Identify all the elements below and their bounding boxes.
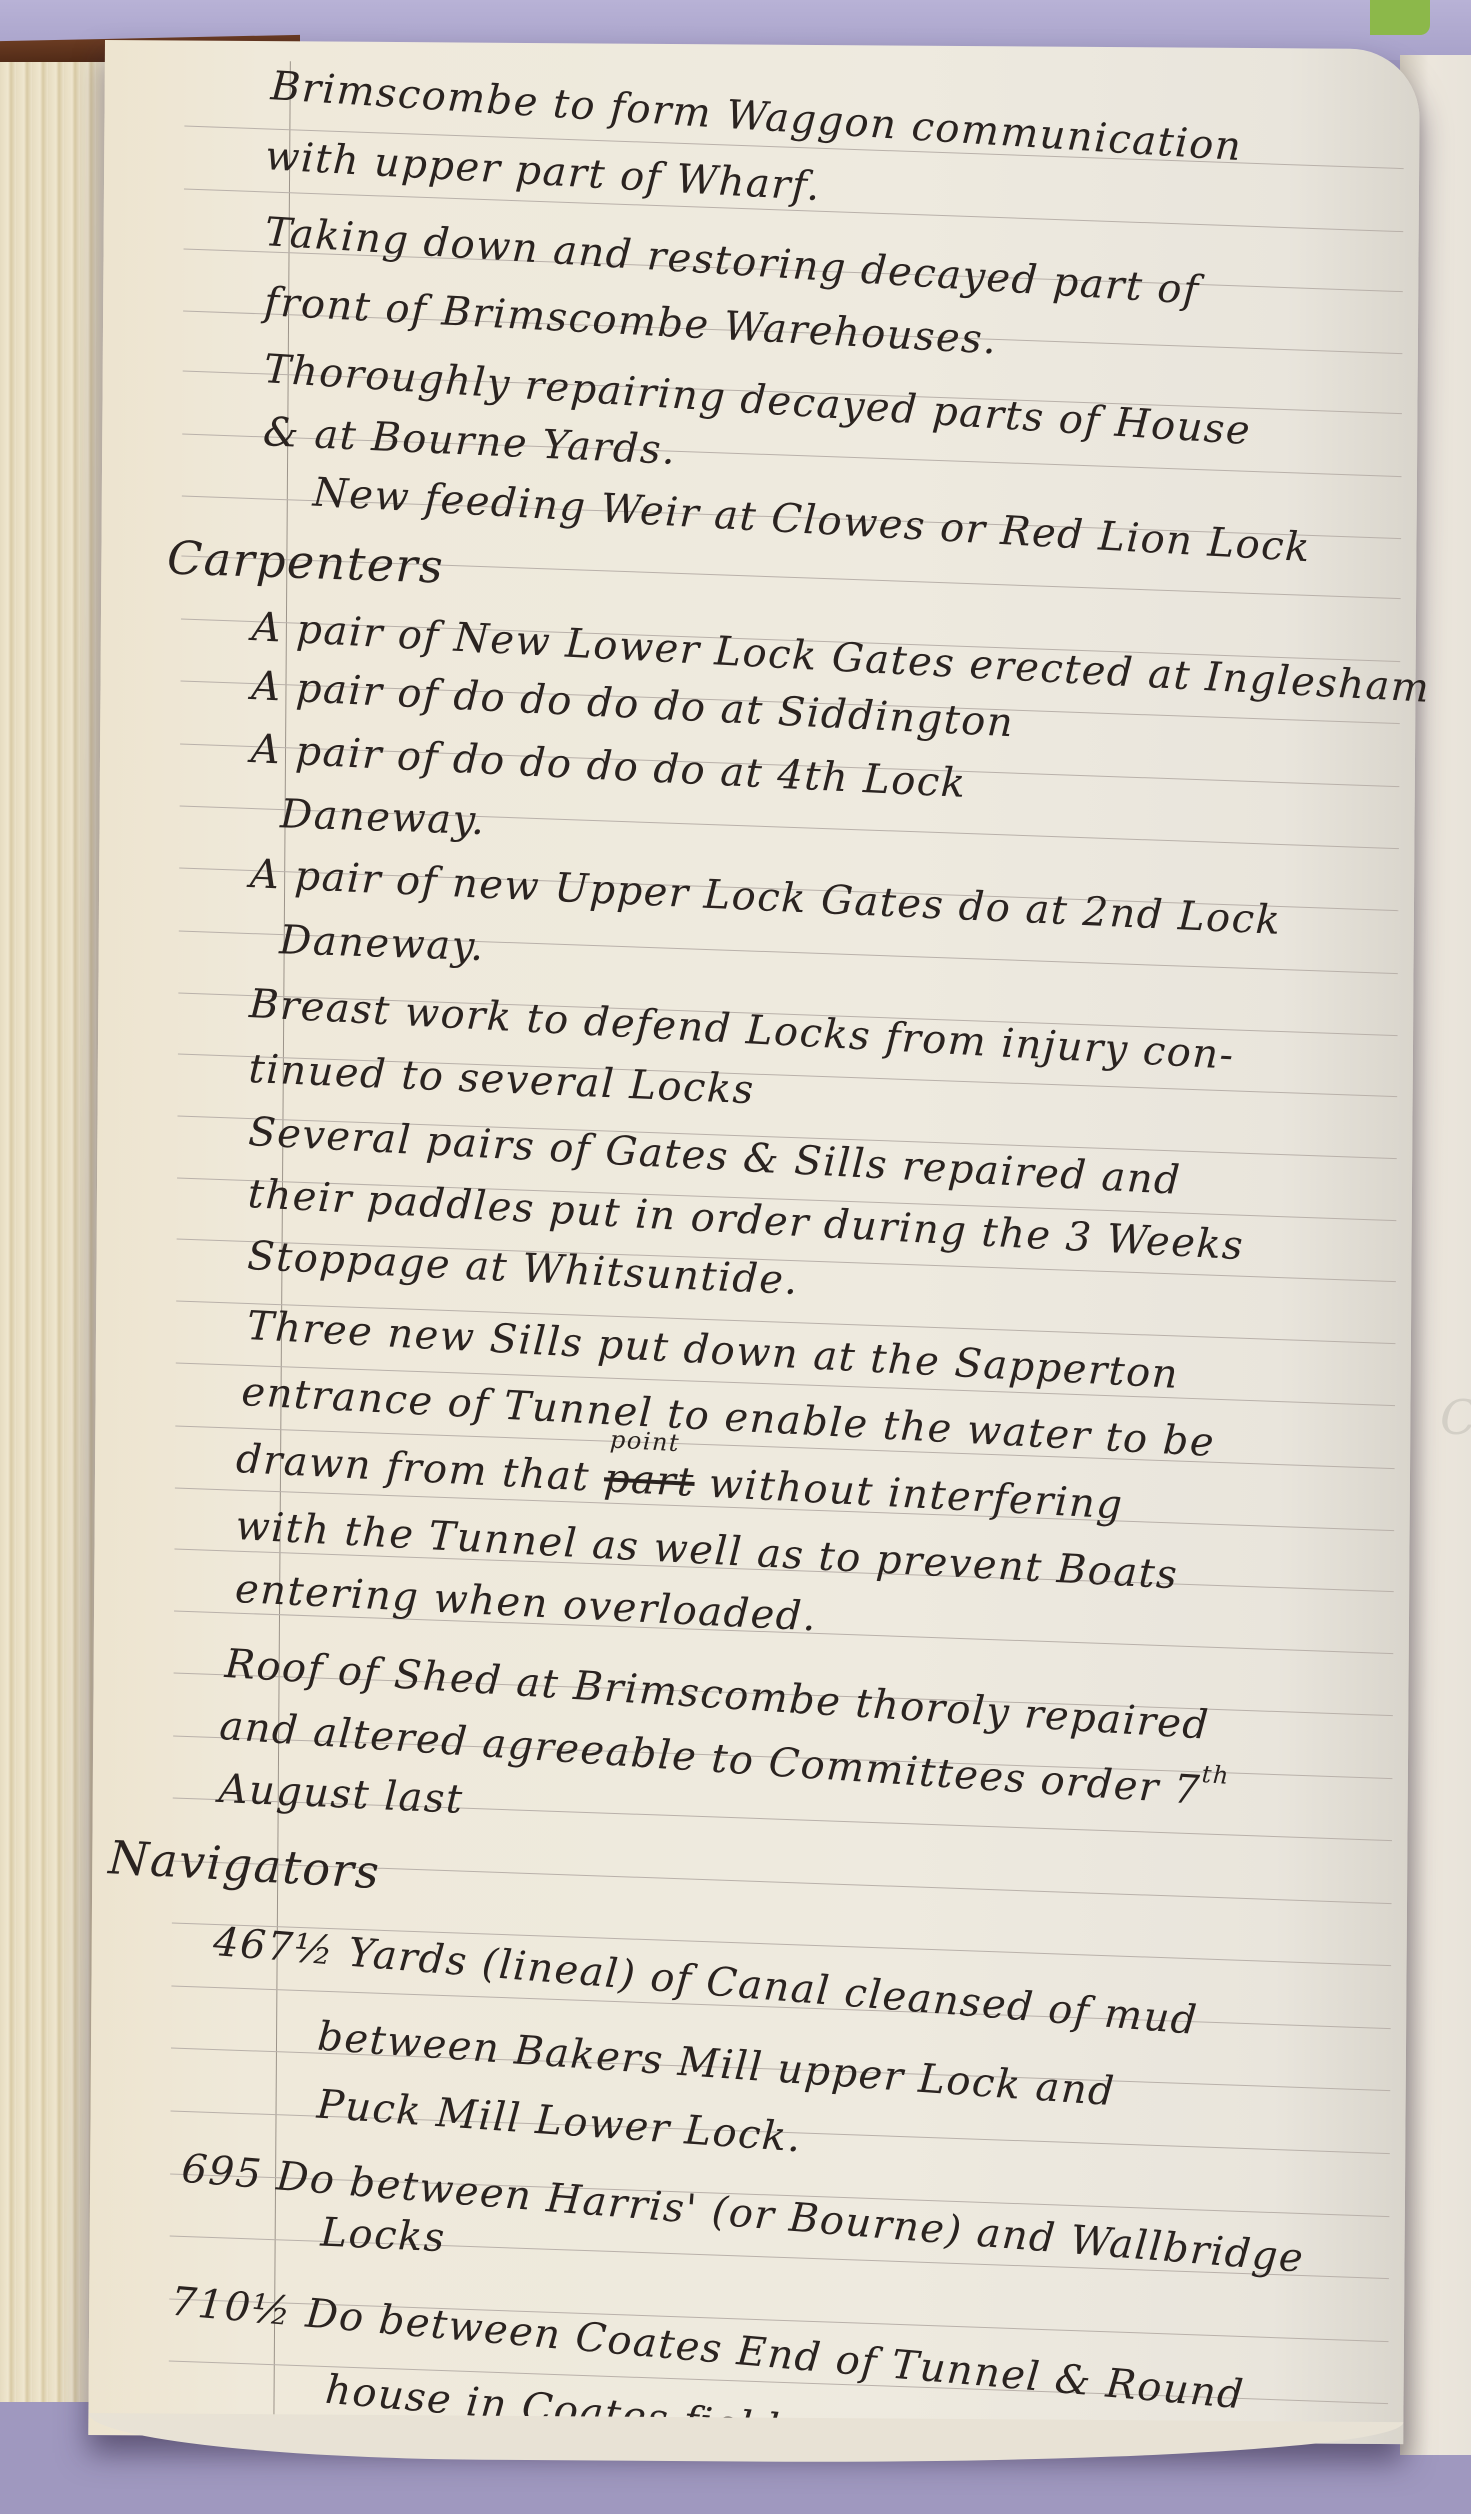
bleed-through-mark: C — [1440, 1390, 1471, 1446]
entry-line: Locks — [320, 2210, 447, 2262]
entry-line: Stoppage at Whitsuntide. — [246, 1233, 799, 1304]
entry-line: Daneway. — [279, 791, 486, 844]
inserted-word: point — [609, 1426, 680, 1458]
entry-line: entering when overloaded. — [234, 1566, 818, 1640]
entry-line: Puck Mill Lower Lock. — [315, 2082, 803, 2162]
entry-line: tinued to several Locks — [248, 1046, 756, 1113]
entry-text: without interfering — [693, 1460, 1124, 1528]
struck-word: part — [603, 1455, 696, 1506]
background-object — [1370, 0, 1430, 35]
entry-line: New feeding Weir at Clowes or Red Lion L… — [312, 470, 1312, 572]
page-bottom-edge — [88, 2413, 1403, 2466]
ledger-page: Brimscombe to form Waggon communication … — [88, 40, 1420, 2444]
section-heading-carpenters: Carpenters — [166, 530, 445, 593]
entry-line: & at Bourne Yards. — [262, 409, 677, 474]
ordinal-superscript: th — [1201, 1760, 1231, 1790]
section-heading-navigators: Navigators — [107, 1830, 382, 1899]
entry-line: Daneway. — [279, 917, 486, 970]
entry-line: August last — [218, 1766, 465, 1823]
